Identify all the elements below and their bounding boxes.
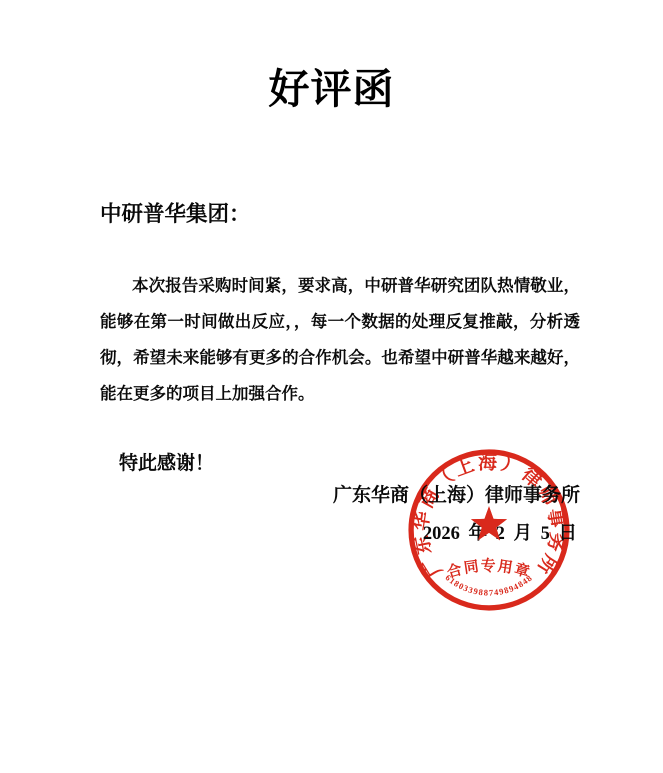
body-line-2: 能够在第一时间做出反应，，每一个数据的处理反复推敲，分析透	[100, 304, 580, 340]
seal-bottom-label: 合同专用章	[445, 557, 533, 582]
signature-line: 广东华商（上海）律师事务所	[100, 482, 580, 509]
body-line-1: 本次报告采购时间紧，要求高，中研普华研究团队热情敬业，	[100, 268, 580, 304]
closing-line: 特此感谢！	[100, 448, 580, 480]
addressee-line: 中研普华集团：	[100, 198, 580, 230]
letter-document: 广东华商（上海）律师事务所 合同专用章 618033988749894848 好…	[0, 0, 663, 773]
body-paragraph: 本次报告采购时间紧，要求高，中研普华研究团队热情敬业， 能够在第一时间做出反应，…	[100, 268, 580, 412]
svg-text:合同专用章: 合同专用章	[445, 557, 533, 582]
letter-title: 好评函	[0, 60, 663, 118]
date-line: 2026 年 2 月 5 日	[100, 521, 580, 548]
body-line-4: 能在更多的项目上加强合作。	[100, 376, 580, 412]
letter-content: 中研普华集团： 本次报告采购时间紧，要求高，中研普华研究团队热情敬业， 能够在第…	[0, 198, 663, 548]
body-line-3: 彻，希望未来能够有更多的合作机会。也希望中研普华越来越好，	[100, 340, 580, 376]
